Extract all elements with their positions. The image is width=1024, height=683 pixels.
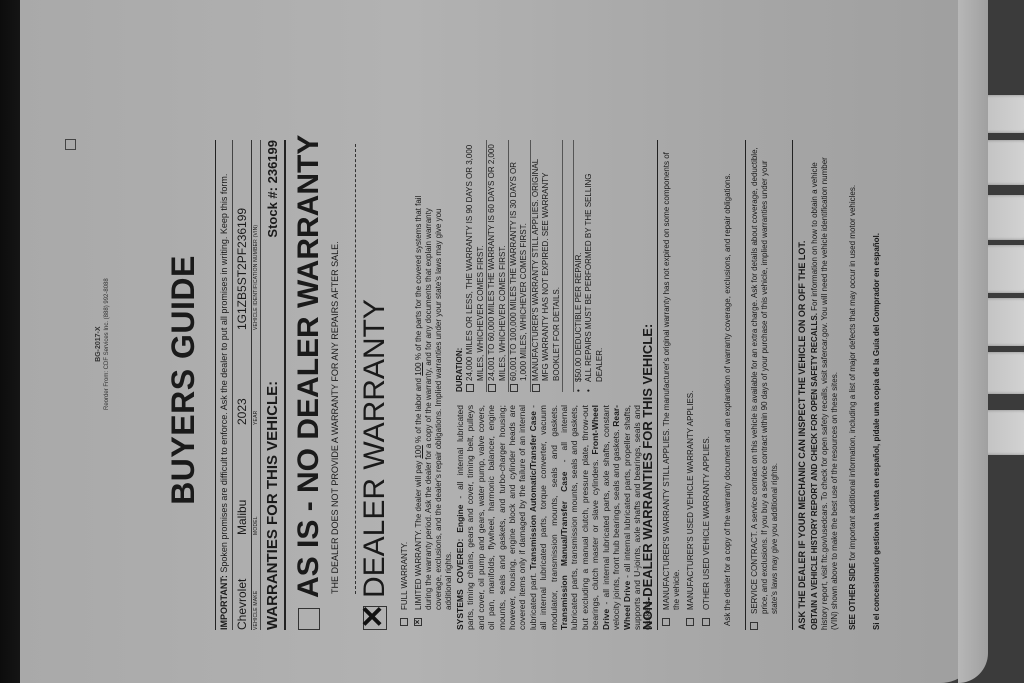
- bullet-icon: •: [574, 382, 584, 392]
- systems-covered: SYSTEMS COVERED: Engine - all internal l…: [455, 405, 653, 630]
- systems-covered-label: SYSTEMS COVERED:: [455, 539, 465, 630]
- stock-label: Stock #:: [265, 187, 280, 238]
- vehicle-model-value: Malibu: [235, 500, 249, 535]
- duration-note: •$50.00 DEDUCTIBLE PER REPAIR.: [574, 140, 584, 392]
- service-contract-option: SERVICE CONTRACT. A service contract on …: [745, 140, 780, 630]
- systems-covered-segment: Engine: [455, 504, 465, 532]
- full-warranty-label: FULL WARRANTY.: [400, 180, 410, 610]
- labor-percent: 100: [414, 445, 423, 458]
- limited-warranty-label: LIMITED WARRANTY.: [414, 530, 423, 610]
- parts-percent: 100: [414, 362, 423, 375]
- checkbox-icon: [662, 618, 670, 626]
- non-dealer-option: OTHER USED VEHICLE WARRANTY APPLIES.: [702, 150, 712, 626]
- systems-covered-segment: - all internal lubricated parts, axle sh…: [601, 405, 621, 630]
- full-warranty-option: FULL WARRANTY.: [400, 180, 410, 626]
- limited-text-2: % of the labor and: [414, 378, 423, 443]
- vehicle-history-text: OBTAIN A VEHICLE HISTORY REPORT AND CHEC…: [810, 140, 840, 630]
- duration-option-text: 60,001 TO 100,000 MILES THE WARRANTY IS …: [509, 140, 530, 381]
- vehicle-make-value: Chevrolet: [235, 579, 249, 630]
- duration-option-text: MANUFACTURER'S WARRANTY STILL APPLIES. O…: [531, 140, 562, 381]
- systems-covered-text: Engine - all internal lubricated parts, …: [455, 405, 652, 630]
- duration-option: MANUFACTURER'S WARRANTY STILL APPLIES. O…: [531, 140, 563, 392]
- stock-number: Stock #: 236199: [265, 140, 280, 238]
- limited-warranty-text: LIMITED WARRANTY. The dealer will pay 10…: [414, 180, 454, 610]
- systems-covered-segment: - all internal lubricated parts, timing …: [455, 405, 538, 630]
- vehicle-make: Chevrolet VEHICLE MAKE: [233, 535, 260, 630]
- dealer-warranty-checkbox-checked: ✕: [363, 606, 387, 630]
- non-dealer-option-text: OTHER USED VEHICLE WARRANTY APPLIES.: [702, 150, 712, 610]
- checkbox-icon: [750, 622, 758, 630]
- see-other-side-heading: SEE OTHER SIDE: [848, 563, 857, 630]
- non-dealer-option: MANUFACTURER'S USED VEHICLE WARRANTY APP…: [686, 150, 696, 626]
- duration-note-text: ALL REPAIRS MUST BE PERFORMED BY THE SEL…: [584, 140, 605, 382]
- vehicle-history-heading: OBTAIN A VEHICLE HISTORY REPORT AND CHEC…: [810, 313, 819, 630]
- page-title: BUYERS GUIDE: [165, 100, 202, 660]
- as-is-subtitle: THE DEALER DOES NOT PROVIDE A WARRANTY F…: [330, 241, 340, 594]
- corner-checkbox: [65, 139, 76, 150]
- checkbox-icon: [702, 618, 710, 626]
- checkbox-icon: [400, 618, 408, 626]
- duration-section: DURATION: 24,000 MILES OR LESS, THE WARR…: [455, 140, 605, 392]
- duration-option: 60,001 TO 100,000 MILES THE WARRANTY IS …: [509, 140, 531, 392]
- vehicle-year-label: YEAR: [251, 330, 259, 425]
- limited-text-1: The dealer will pay: [414, 461, 423, 528]
- bullet-icon: •: [584, 382, 605, 392]
- ask-copy-text: Ask the dealer for a copy of the warrant…: [723, 156, 733, 626]
- checkbox-checked-icon: ×: [414, 618, 422, 626]
- stock-value: 236199: [265, 140, 280, 183]
- duration-notes: •$50.00 DEDUCTIBLE PER REPAIR.•ALL REPAI…: [573, 140, 605, 392]
- duration-option-text: 24,001 TO 60,000 MILES THE WARRANTY IS 6…: [487, 140, 508, 381]
- non-dealer-heading: NON-DEALER WARRANTIES FOR THIS VEHICLE:: [640, 140, 658, 630]
- checkbox-icon: [466, 384, 474, 392]
- limited-warranty-option: × LIMITED WARRANTY. The dealer will pay …: [414, 180, 454, 626]
- important-label: IMPORTANT:: [219, 575, 229, 630]
- rotated-page: BG-2017-X Reorder From: CDF Services Inc…: [120, 100, 920, 660]
- vehicle-vin-value: 1G1ZB5ST2PF236199: [235, 208, 249, 330]
- as-is-title: AS IS - NO DEALER WARRANTY: [292, 135, 326, 598]
- vehicle-model-label: MODEL: [251, 425, 259, 535]
- vehicle-info-row: Chevrolet VEHICLE MAKE Malibu MODEL 2023…: [232, 140, 260, 630]
- checkbox-icon: [532, 384, 540, 392]
- duration-option: 24,000 MILES OR LESS, THE WARRANTY IS 90…: [465, 140, 487, 392]
- duration-options: 24,000 MILES OR LESS, THE WARRANTY IS 90…: [465, 140, 563, 392]
- mechanic-inspection-text: ASK THE DEALER IF YOUR MECHANIC CAN INSP…: [792, 140, 807, 630]
- duration-option-text: 24,000 MILES OR LESS, THE WARRANTY IS 90…: [465, 140, 486, 381]
- duration-label: DURATION:: [455, 348, 464, 392]
- non-dealer-option-text: MANUFACTURER'S WARRANTY STILL APPLIES. T…: [662, 150, 682, 610]
- checkbox-icon: [686, 618, 694, 626]
- spanish-notice: Si el concesionario gestiona la venta en…: [872, 140, 881, 630]
- dashed-divider: [355, 144, 356, 594]
- form-printer-text: Reorder From: CDF Services Inc. (888) 99…: [104, 278, 110, 410]
- see-other-side-text: SEE OTHER SIDE for important additional …: [848, 140, 858, 630]
- systems-covered-segment: Transmission Manual/Transfer Case: [559, 472, 569, 631]
- warranties-heading: WARRANTIES FOR THIS VEHICLE:: [264, 381, 281, 630]
- warranties-heading-row: WARRANTIES FOR THIS VEHICLE: Stock #: 23…: [260, 140, 286, 630]
- buyers-guide-sheet: BG-2017-X Reorder From: CDF Services Inc…: [20, 0, 980, 683]
- duration-note: •ALL REPAIRS MUST BE PERFORMED BY THE SE…: [584, 140, 605, 392]
- vehicle-model: Malibu MODEL: [233, 425, 260, 535]
- checkbox-icon: [510, 384, 518, 392]
- non-dealer-option-text: MANUFACTURER'S USED VEHICLE WARRANTY APP…: [686, 150, 696, 610]
- vehicle-vin: 1G1ZB5ST2PF236199 VEHICLE IDENTIFICATION…: [233, 140, 260, 330]
- important-text: Spoken promises are difficult to enforce…: [219, 174, 229, 573]
- duration-option: 24,001 TO 60,000 MILES THE WARRANTY IS 6…: [487, 140, 509, 392]
- as-is-checkbox: [298, 608, 320, 630]
- duration-note-text: $50.00 DEDUCTIBLE PER REPAIR.: [574, 252, 584, 382]
- service-contract-text: SERVICE CONTRACT. A service contract on …: [750, 144, 780, 614]
- form-number: BG-2017-X Reorder From: CDF Services Inc…: [95, 278, 111, 410]
- important-notice: IMPORTANT: Spoken promises are difficult…: [215, 140, 229, 630]
- form-number-text: BG-2017-X: [95, 278, 103, 410]
- checkbox-icon: [488, 384, 496, 392]
- vehicle-vin-label: VEHICLE IDENTIFICATION NUMBER (VIN): [251, 140, 259, 330]
- vehicle-make-label: VEHICLE MAKE: [251, 535, 259, 630]
- systems-covered-segment: Transmission Automatic/Transfer Case: [528, 411, 538, 570]
- see-other-side-body: for important additional information, in…: [848, 185, 857, 563]
- non-dealer-option: MANUFACTURER'S WARRANTY STILL APPLIES. T…: [662, 150, 682, 626]
- dealer-warranty-title: DEALER WARRANTY: [358, 299, 392, 598]
- vehicle-year: 2023 YEAR: [233, 330, 260, 425]
- vehicle-year-value: 2023: [235, 398, 249, 425]
